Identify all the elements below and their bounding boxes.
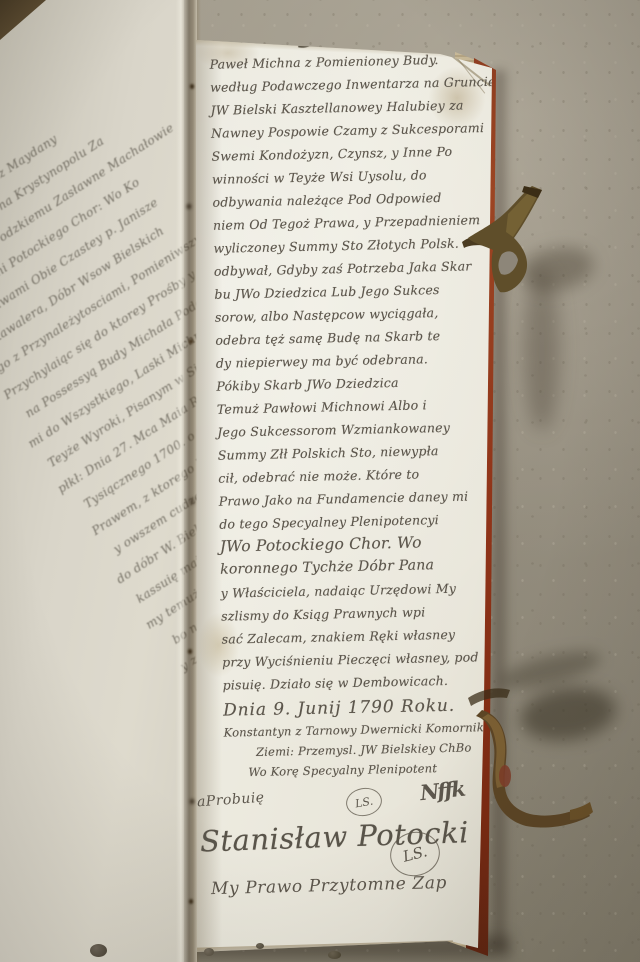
pebble <box>204 948 214 956</box>
seal-mark-label: LS. <box>401 842 429 865</box>
notary-paraph: Nffk <box>419 776 465 805</box>
pebble <box>90 944 107 957</box>
manuscript-body: Paweł Michna z Pomienioney Budy.według P… <box>209 47 484 782</box>
seal-mark-label: LS. <box>354 794 374 810</box>
manuscript-photo-scene: o Q:Na Pomienioney z MaydanyMo Stanisław… <box>0 0 640 962</box>
closing-line: My Prawo Przytomne Zap <box>211 873 448 899</box>
approval-note: aProbuię <box>197 790 266 811</box>
leather-tie-upper <box>462 180 572 310</box>
left-page-handwriting: o Q:Na Pomienioney z MaydanyMo Stanisław… <box>0 0 197 796</box>
left-cover-corner <box>0 0 46 40</box>
left-page: o Q:Na Pomienioney z MaydanyMo Stanisław… <box>0 0 197 962</box>
leather-tie-lower <box>460 672 610 842</box>
pebble <box>328 951 341 959</box>
pebble <box>256 943 264 949</box>
seal-mark-top: LS. <box>344 785 384 819</box>
